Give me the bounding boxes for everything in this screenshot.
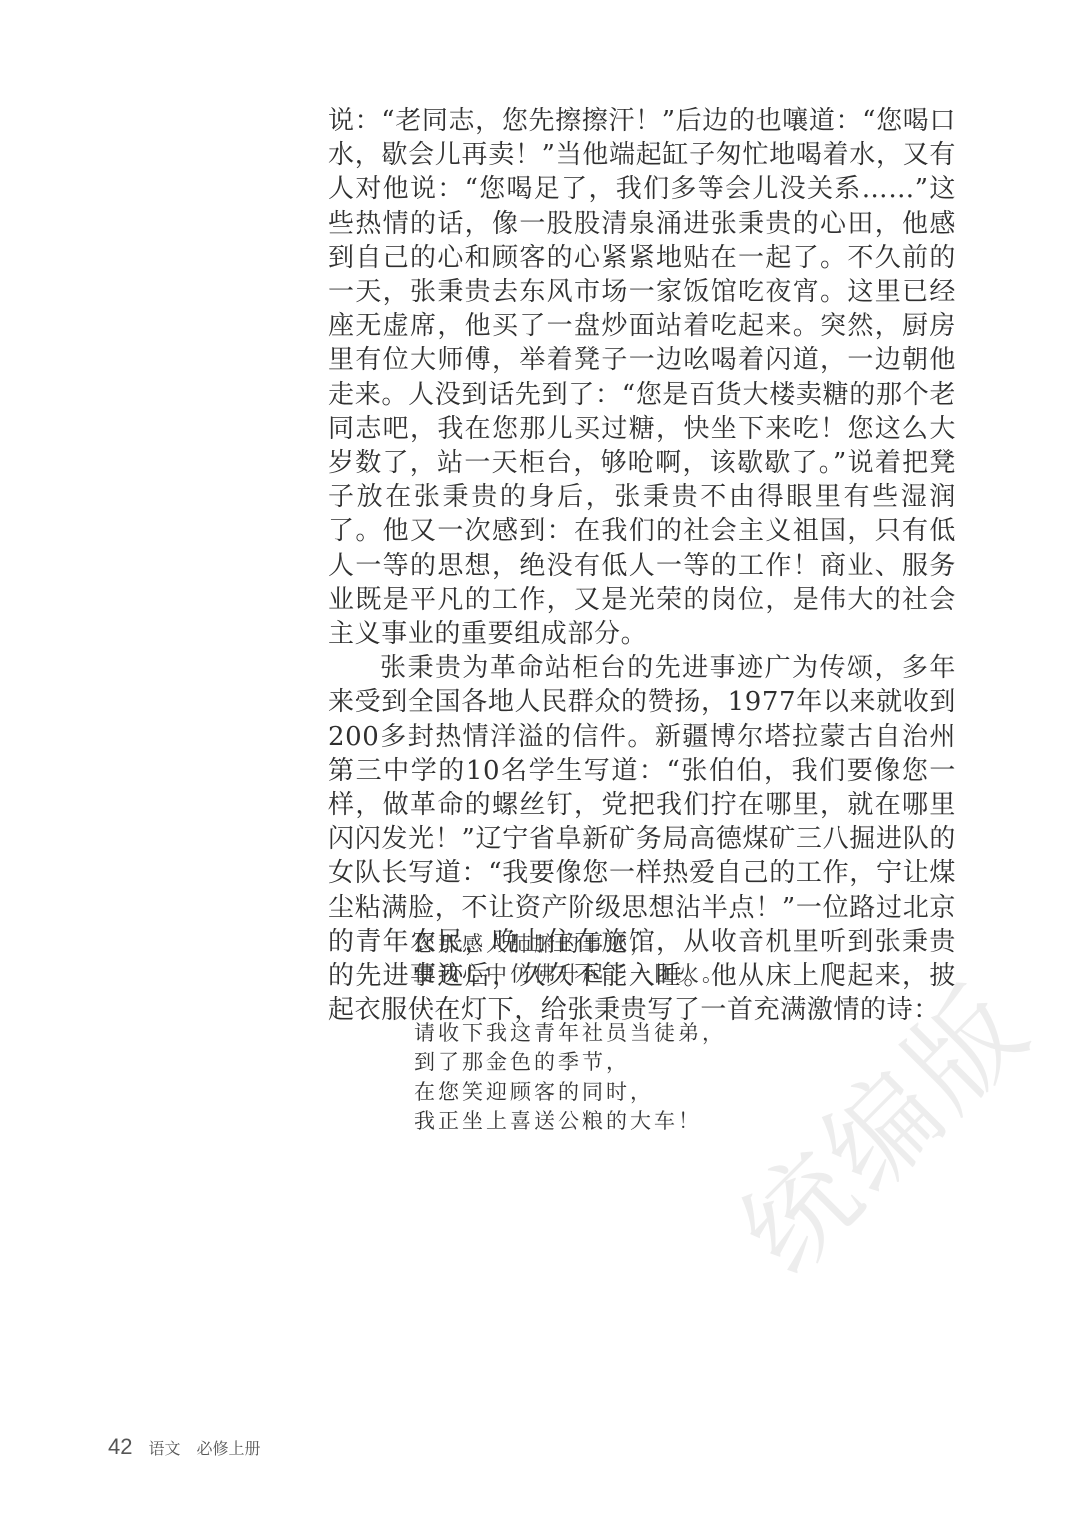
poem-line: 请收下我这青年社员当徒弟， [414, 1019, 726, 1049]
poem-line: …… [414, 989, 726, 1019]
footer-volume: 必修上册 [197, 1436, 261, 1459]
poem: 您那感人肺腑的事迹， 使我心中仿佛升起了一团火。 …… 请收下我这青年社员当徒弟… [414, 930, 726, 1137]
poem-line: 使我心中仿佛升起了一团火。 [414, 960, 726, 990]
poem-line: 在您笑迎顾客的同时， [414, 1078, 726, 1108]
poem-line: 到了那金色的季节， [414, 1048, 726, 1078]
page-number: 42 [108, 1434, 132, 1460]
paragraph-1: 说：“老同志，您先擦擦汗！”后边的也嚷道：“您喝口水，歇会儿再卖！”当他端起缸子… [328, 104, 956, 651]
page-body: 说：“老同志，您先擦擦汗！”后边的也嚷道：“您喝口水，歇会儿再卖！”当他端起缸子… [328, 104, 956, 1027]
page-footer: 42 语文 必修上册 [108, 1434, 261, 1460]
poem-line: 我正坐上喜送公粮的大车！ [414, 1107, 726, 1137]
footer-subject: 语文 [148, 1436, 180, 1459]
poem-line: 您那感人肺腑的事迹， [414, 930, 726, 960]
